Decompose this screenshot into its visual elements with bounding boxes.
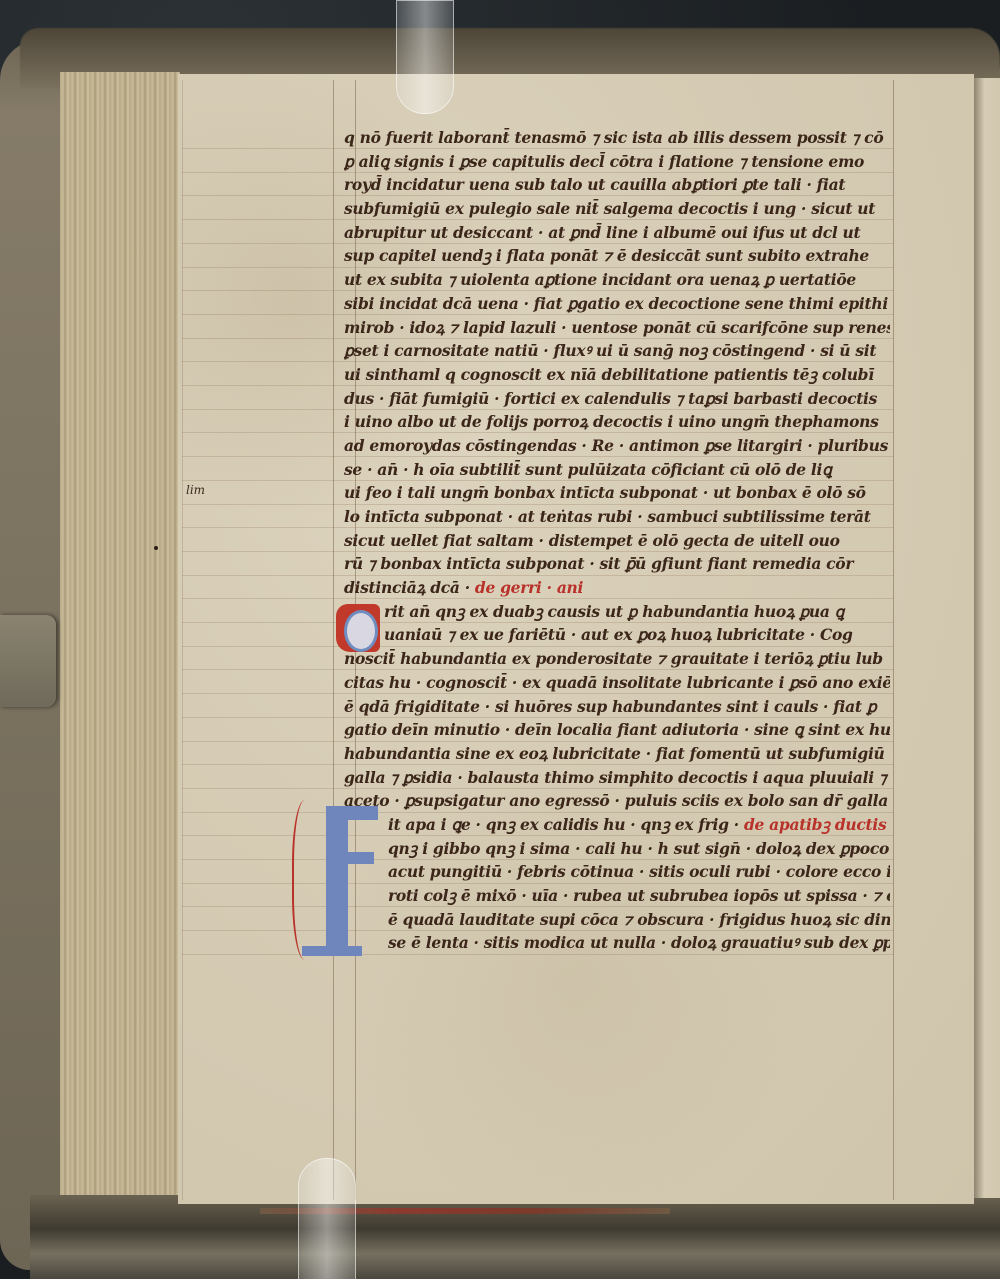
book-clasp: [0, 615, 56, 707]
text-line: rit an̄ qnꝫ ex duabꝫ causis ut ꝑ habunda…: [344, 600, 890, 624]
text-line: sicut uellet fiat saltam · distempet ē o…: [344, 529, 890, 553]
text-line: se ē lenta · sitis modica ut nulla · dol…: [344, 931, 890, 955]
decorated-initial-e: [336, 604, 380, 652]
ruling-left-outer: [333, 80, 334, 1200]
text-line: uaniaū ⁊ ex ue fariētū · aut ex ꝑoꝝ huoꝝ…: [344, 623, 890, 647]
text-line: aceto · ꝑsupsigatur ano egressō · puluis…: [344, 789, 890, 813]
text-line: acut pungitiū · febris cōtinua · sitis o…: [344, 860, 890, 884]
page-holder-strip-top: [396, 0, 454, 114]
text-line: royd̄ incidatur uena sub talo ut cauilla…: [344, 173, 890, 197]
page-holder-strip-bottom: [298, 1158, 356, 1279]
text-line: habundantia sine ex eoꝝ lubricitate · fi…: [344, 742, 890, 766]
text-line: it apa i ꝗe · qnꝫ ex calidis hu · qnꝫ ex…: [344, 813, 890, 837]
text-line: dus · fiāt fumigiū · fortici ex calendul…: [344, 387, 890, 411]
decorated-initial-f: [292, 800, 384, 960]
page-edges-stack: [60, 72, 180, 1202]
text-line: ui feo i tali ungm̄ bonbax intīcta subpo…: [344, 481, 890, 505]
text-line: ꝑset i carnositate natiū · fluxꝰ ui ū sa…: [344, 339, 890, 363]
text-line: gatio deīn minutio · deīn localia fiant …: [344, 718, 890, 742]
text-line: sibi incidat dcā uena · fiat ꝑgatio ex d…: [344, 292, 890, 316]
text-line: ē qdā frigiditate · si huōres sup habund…: [344, 695, 890, 719]
rubric-heading: de gerri · ani: [470, 578, 583, 597]
ruling-gutter: [182, 80, 183, 1200]
text-line: q nō fuerit laborant̄ tenasmō ⁊ sic ista…: [344, 126, 890, 150]
text-line: citas hu · cognoscit̄ · ex quadā insolit…: [344, 671, 890, 695]
text-line: mirob · idoꝝ ⁊ lapid lazuli · uentose po…: [344, 316, 890, 340]
text-line: abrupitur ut desiccant · at ꝑnd̄ line i …: [344, 221, 890, 245]
text-line: ui sinthaml q cognoscit ex nīā debilitat…: [344, 363, 890, 387]
text-line: galla ⁊ ꝑsidia · balausta thimo simphito…: [344, 766, 890, 790]
ink-mark: [154, 546, 158, 550]
text-line: i uino albo ut de folijs porroꝝ decoctis…: [344, 410, 890, 434]
rubric-heading: de apatibꝫ ductis cpl: [739, 815, 890, 834]
ruling-right: [893, 80, 894, 1200]
main-text-column: q nō fuerit laborant̄ tenasmō ⁊ sic ista…: [344, 126, 890, 955]
text-line: lo intīcta subponat · at teṅtas rubi · s…: [344, 505, 890, 529]
text-line: noscit̄ habundantia ex ponderositate ⁊ g…: [344, 647, 890, 671]
margin-note: lim: [186, 483, 205, 497]
text-line: qnꝫ i gibbo qnꝫ i sima · cali hu · h sut…: [344, 837, 890, 861]
text-line: rū ⁊ bonbax intīcta subponat · sit ꝑ̄ū g…: [344, 552, 890, 576]
text-line: subfumigiū ex pulegio sale nit̄ salgema …: [344, 197, 890, 221]
text-line: roti colꝫ ē mixō · uīa · rubea ut subrub…: [344, 884, 890, 908]
text-line: ꝑ aliꝗ signis i ꝑse capitulis decl̄ cōtr…: [344, 150, 890, 174]
facing-page-edge: [974, 78, 1000, 1198]
text-line: ē quadā lauditate supi cōca ⁊ obscura · …: [344, 908, 890, 932]
text-line: ut ex subita ⁊ uiolenta aꝑtione incidant…: [344, 268, 890, 292]
text-line: distinciāꝝ dcā · de gerri · ani: [344, 576, 890, 600]
text-line: sup capitel uendꝫ i flata ponāt ⁊ ē desi…: [344, 244, 890, 268]
text-line: ad emoroydas cōstingendas · Re · antimon…: [344, 434, 890, 458]
text-line: se · an̄ · h oīa subtilit̄ sunt pulūizat…: [344, 458, 890, 482]
